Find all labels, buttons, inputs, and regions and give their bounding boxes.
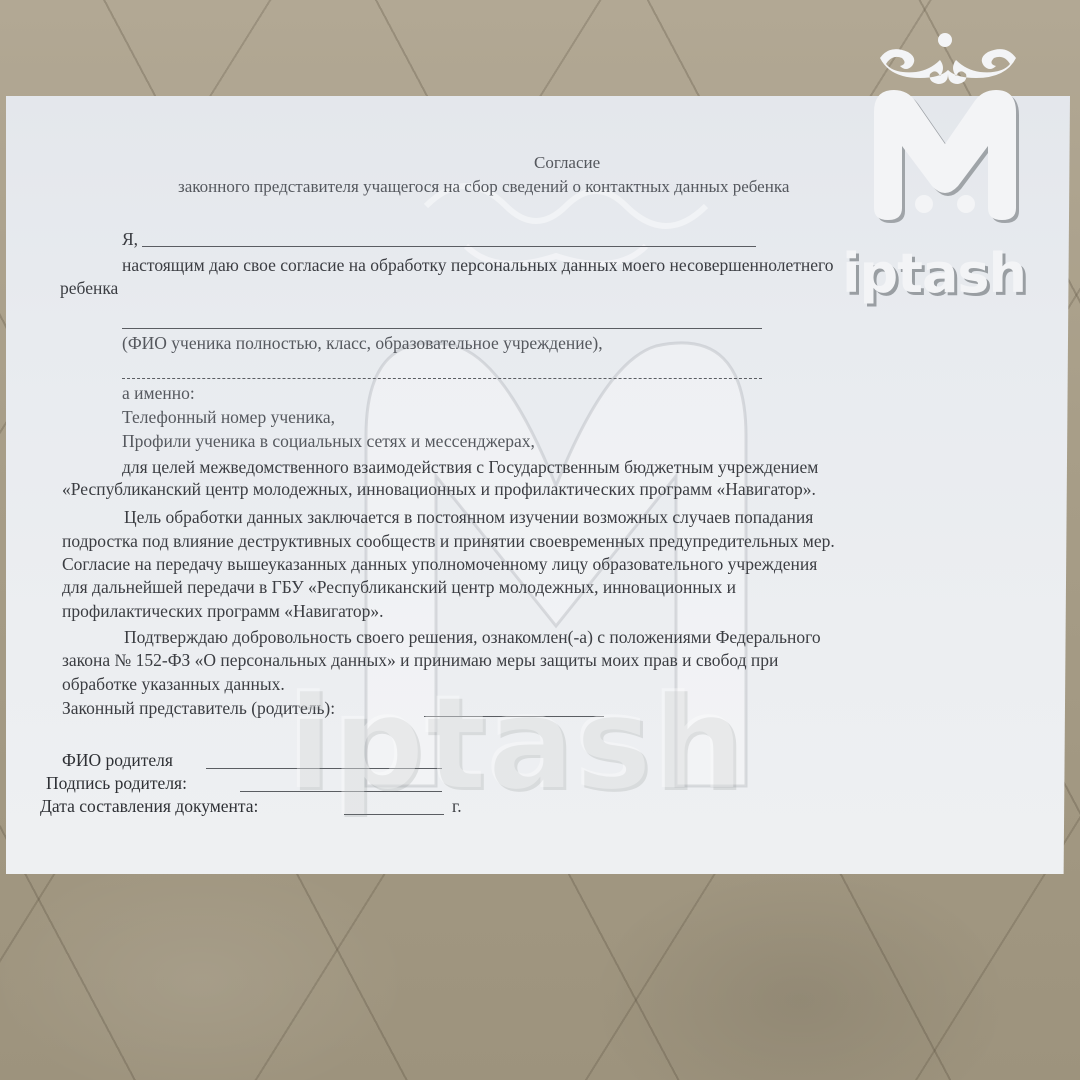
student-info-field[interactable]	[122, 328, 762, 329]
date-label: Дата составления документа:	[40, 795, 258, 818]
watermark-brand-text: iptash	[286, 666, 743, 818]
confirm-line-3: обработке указанных данных.	[62, 673, 285, 696]
document-subtitle: законного представителя учащегося на сбо…	[178, 176, 789, 199]
i-label: Я,	[122, 228, 138, 251]
goal-line-1: Цель обработки данных заключается в пост…	[124, 506, 813, 529]
confirm-line-1: Подтверждаю добровольность своего решени…	[124, 626, 821, 649]
item-social-profiles: Профили ученика в социальных сетях и мес…	[122, 430, 535, 453]
goal-line-5: профилактических программ «Навигатор».	[62, 600, 384, 623]
namely-label: а именно:	[122, 382, 195, 405]
purpose-line-1: для целей межведомственного взаимодейств…	[122, 456, 818, 479]
parent-signature-label: Подпись родителя:	[46, 772, 187, 795]
goal-line-2: подростка под влияние деструктивных сооб…	[62, 530, 835, 553]
student-hint: (ФИО ученика полностью, класс, образоват…	[122, 332, 603, 355]
consent-line-2: ребенка	[60, 277, 118, 300]
representative-name-field[interactable]	[142, 246, 756, 247]
goal-line-4: для дальнейшей передачи в ГБУ «Республик…	[62, 576, 736, 599]
item-phone: Телефонный номер ученика,	[122, 406, 335, 429]
parent-name-label: ФИО родителя	[62, 749, 173, 772]
ornament-m-icon	[850, 28, 1040, 248]
document-title: Согласие	[534, 152, 600, 175]
goal-line-3: Согласие на передачу вышеуказанных данны…	[62, 553, 817, 576]
iptash-logo: iptash	[850, 28, 1040, 298]
purpose-line-2: «Республиканский центр молодежных, иннов…	[62, 478, 816, 501]
brand-name: iptash	[842, 242, 1026, 305]
student-info-field-2[interactable]	[122, 378, 762, 379]
